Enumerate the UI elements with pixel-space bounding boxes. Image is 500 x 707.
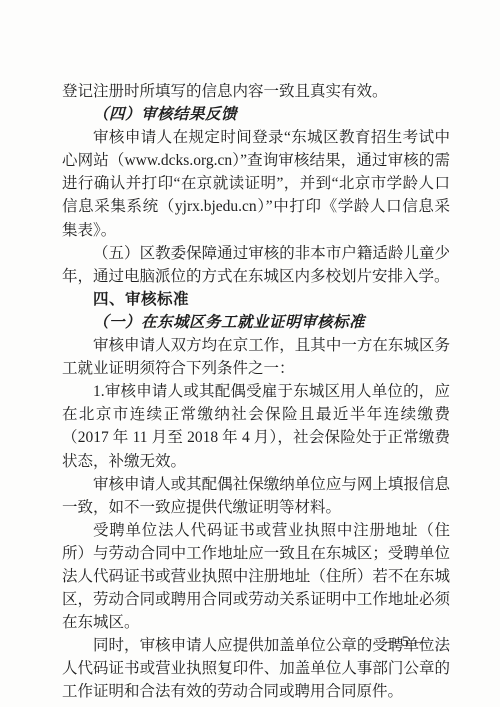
para-insurance-unit-match: 审核申请人或其配偶社保缴纳单位应与网上填报信息一致，如不一致应提供代缴证明等材料… (62, 473, 450, 519)
page-content: 登记注册时所填写的信息内容一致且真实有效。 （四）审核结果反馈 审核申请人在规定… (62, 80, 450, 704)
heading-employment-certificate-standard: （一）在东城区务工就业证明审核标准 (62, 311, 450, 334)
para-result-feedback: 审核申请人在规定时间登录“东城区教育招生考试中心网站（www.dcks.org.… (62, 126, 450, 241)
page-number: — 5 — (382, 634, 431, 650)
heading-review-standards: 四、审核标准 (62, 288, 450, 311)
document-page: 登记注册时所填写的信息内容一致且真实有效。 （四）审核结果反馈 审核申请人在规定… (0, 0, 500, 707)
para-district-placement: （五）区教委保障通过审核的非本市户籍适龄儿童少年，通过电脑派位的方式在东城区内多… (62, 242, 450, 288)
para-registered-address-requirement: 受聘单位法人代码证书或营业执照中注册地址（住所）与劳动合同中工作地址应一致且在东… (62, 519, 450, 634)
line-registration-validity: 登记注册时所填写的信息内容一致且真实有效。 (62, 80, 450, 103)
para-applicant-work-requirement: 审核申请人双方均在京工作，且其中一方在东城区务工就业证明须符合下列条件之一： (62, 334, 450, 380)
para-social-insurance-requirement: 1.审核申请人或其配偶受雇于东城区用人单位的，应在北京市连续正常缴纳社会保险且最… (62, 380, 450, 472)
heading-result-feedback: （四）审核结果反馈 (62, 103, 450, 126)
